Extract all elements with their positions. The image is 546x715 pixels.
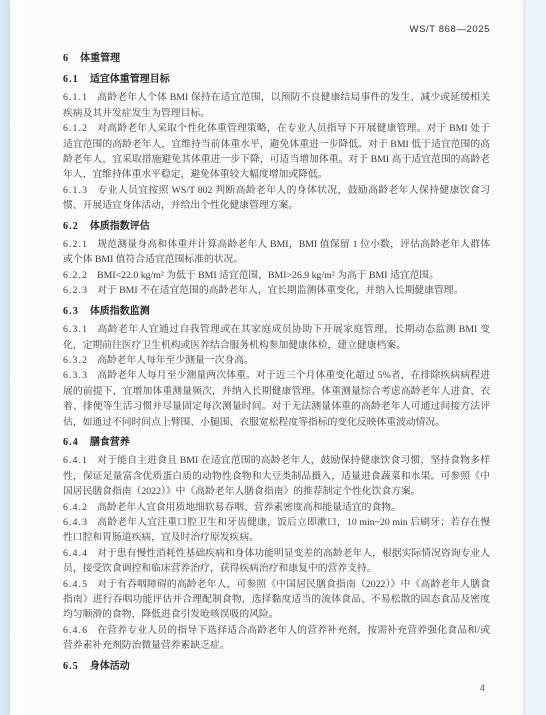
- clause-number: 6.3.1: [63, 324, 88, 335]
- clause-number: 6.4.3: [63, 517, 88, 528]
- clause-paragraph: 6.3.1高龄老年人宜通过自我管理或在其家庭成员协助下开展家庭管理，长期动态监测…: [63, 322, 490, 353]
- clause-paragraph: 6.1.1高龄老年人个体 BMI 保持在适宜范围，以预防不良健康结局事件的发生、…: [63, 90, 490, 121]
- clause-number: 6: [63, 53, 69, 64]
- clause-text: 高龄老年人宜注重口腔卫生和牙齿健康，饭后立即漱口，10 min~20 min 后…: [63, 517, 490, 543]
- clause-paragraph: 6.2.1规范测量身高和体重并计算高龄老年人 BMI，BMI 值保留 1 位小数…: [63, 237, 490, 268]
- clause-paragraph: 6.4.4对于患有慢性消耗性基础疾病和身体功能明显变差的高龄老年人，根据实际情况…: [63, 546, 490, 577]
- clause-paragraph: 6.4.6在营养专业人员的指导下选择适合高龄老年人的营养补充剂，按需补充营养强化…: [63, 623, 490, 654]
- document-viewer: WS/T 868—2025 6体重管理 6.1适宜体重管理目标 6.1.1高龄老…: [0, 0, 546, 715]
- clause-text: 规范测量身高和体重并计算高龄老年人 BMI，BMI 值保留 1 位小数，评估高龄…: [63, 239, 490, 265]
- clause-paragraph: 6.4.2高龄老年人宜食用质地细软易吞咽、营养素密度高和能量适宜的食物。: [63, 500, 490, 515]
- standard-code-header: WS/T 868—2025: [63, 24, 490, 36]
- clause-text: 专业人员宜按照 WS/T 802 判断高龄老年人的身体状况，鼓励高龄老年人保持健…: [63, 185, 490, 211]
- clause-paragraph: 6.2.2BMI<22.0 kg/m² 为低于 BMI 适宜范围，BMI>26.…: [63, 268, 490, 283]
- clause-number: 6.1.1: [63, 92, 88, 103]
- clause-number: 6.1.3: [63, 185, 88, 196]
- clause-paragraph: 6.4.5对于有吞咽障碍的高龄老年人，可参照《中国居民膳食指南（2022）》中《…: [63, 577, 490, 623]
- clause-number: 6.2.3: [63, 285, 88, 296]
- clause-number: 6.3: [63, 306, 79, 317]
- clause-paragraph: 6.1.3专业人员宜按照 WS/T 802 判断高龄老年人的身体状况，鼓励高龄老…: [63, 183, 490, 214]
- clause-text: 对于 BMI 不在适宜范围的高龄老年人，宜长期监测体重变化，并纳入长期健康管理。: [97, 285, 463, 296]
- clause-text: 对高龄老年人采取个性化体重管理策略，在专业人员指导下开展健康管理。对于 BMI …: [63, 123, 490, 180]
- clause-number: 6.1: [63, 74, 79, 85]
- clause-text: 高龄老年人宜通过自我管理或在其家庭成员协助下开展家庭管理，长期动态监测 BMI …: [63, 324, 490, 350]
- page-number: 4: [480, 683, 485, 693]
- clause-text: 高龄老年人宜食用质地细软易吞咽、营养素密度高和能量适宜的食物。: [97, 502, 401, 513]
- heading-text: 体质指数监测: [90, 306, 150, 317]
- clause-paragraph: 6.2.3对于 BMI 不在适宜范围的高龄老年人，宜长期监测体重变化，并纳入长期…: [63, 283, 490, 298]
- clause-number: 6.2: [63, 221, 79, 232]
- clause-number: 6.4.6: [63, 625, 88, 636]
- clause-number: 6.2.2: [63, 270, 88, 281]
- clause-number: 6.4.5: [63, 579, 88, 590]
- section-heading: 6.5身体活动: [63, 659, 490, 674]
- left-margin-strip: [0, 0, 10, 715]
- clause-paragraph: 6.3.2高龄老年人每年至少测量一次身高。: [63, 353, 490, 368]
- heading-text: 体质指数评估: [90, 221, 150, 232]
- clause-text: BMI<22.0 kg/m² 为低于 BMI 适宜范围，BMI>26.9 kg/…: [97, 270, 439, 281]
- clause-text: 对于有吞咽障碍的高龄老年人，可参照《中国居民膳食指南（2022）》中《高龄老年人…: [63, 579, 490, 621]
- clause-paragraph: 6.1.2对高龄老年人采取个性化体重管理策略，在专业人员指导下开展健康管理。对于…: [63, 121, 490, 183]
- clause-number: 6.4: [63, 437, 79, 448]
- page-content: WS/T 868—2025 6体重管理 6.1适宜体重管理目标 6.1.1高龄老…: [10, 0, 523, 674]
- clause-number: 6.3.2: [63, 355, 88, 366]
- clause-text: 对于能自主进食且 BMI 在适宜范围的高龄老年人，鼓励保持健康饮食习惯，坚持食物…: [63, 455, 490, 497]
- section-heading: 6.1适宜体重管理目标: [63, 72, 490, 87]
- heading-text: 适宜体重管理目标: [90, 74, 170, 85]
- clause-text: 高龄老年人每年至少测量一次身高。: [97, 355, 254, 366]
- clause-text: 对于患有慢性消耗性基础疾病和身体功能明显变差的高龄老年人，根据实际情况咨询专业人…: [63, 548, 490, 574]
- document-page: WS/T 868—2025 6体重管理 6.1适宜体重管理目标 6.1.1高龄老…: [10, 0, 523, 715]
- chapter-heading: 6体重管理: [63, 51, 490, 66]
- clause-text: 高龄老年人个体 BMI 保持在适宜范围，以预防不良健康结局事件的发生、减少或延缓…: [63, 92, 490, 118]
- clause-text: 高龄老年人每月至少测量两次体重。对于近三个月体重变化超过 5%者，在排除疾病病程…: [63, 370, 490, 427]
- clause-number: 6.4.1: [63, 455, 88, 466]
- heading-text: 膳食营养: [90, 437, 130, 448]
- clause-text: 在营养专业人员的指导下选择适合高龄老年人的营养补充剂，按需补充营养强化食品和/或…: [63, 625, 490, 651]
- section-heading: 6.2体质指数评估: [63, 219, 490, 234]
- section-heading: 6.3体质指数监测: [63, 304, 490, 319]
- heading-text: 体重管理: [80, 53, 120, 64]
- heading-text: 身体活动: [90, 661, 130, 672]
- clause-number: 6.1.2: [63, 123, 88, 134]
- clause-number: 6.2.1: [63, 239, 88, 250]
- clause-paragraph: 6.4.3高龄老年人宜注重口腔卫生和牙齿健康，饭后立即漱口，10 min~20 …: [63, 515, 490, 546]
- section-heading: 6.4膳食营养: [63, 435, 490, 450]
- clause-number: 6.4.4: [63, 548, 88, 559]
- clause-paragraph: 6.3.3高龄老年人每月至少测量两次体重。对于近三个月体重变化超过 5%者，在排…: [63, 368, 490, 430]
- clause-number: 6.3.3: [63, 370, 88, 381]
- clause-paragraph: 6.4.1对于能自主进食且 BMI 在适宜范围的高龄老年人，鼓励保持健康饮食习惯…: [63, 453, 490, 499]
- clause-number: 6.4.2: [63, 502, 88, 513]
- right-margin-strip: [523, 0, 546, 715]
- clause-number: 6.5: [63, 661, 79, 672]
